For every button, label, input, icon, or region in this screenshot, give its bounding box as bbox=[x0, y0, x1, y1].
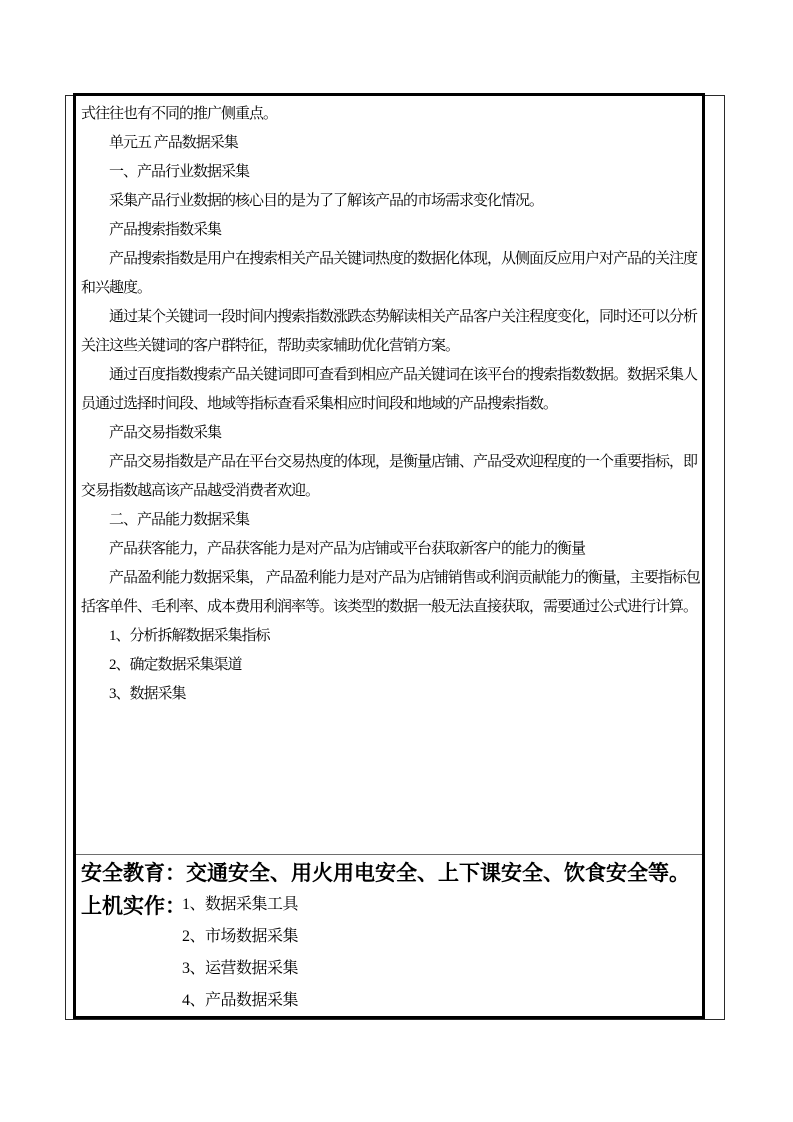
content-line: 一、产品行业数据采集 bbox=[81, 158, 702, 187]
practice-item: 2、市场数据采集 bbox=[182, 921, 298, 953]
content-line: 二、产品能力数据采集 bbox=[81, 506, 702, 535]
table-right-side-column bbox=[705, 95, 725, 1020]
content-line: 3、数据采集 bbox=[81, 680, 702, 709]
content-line: 通过某个关键词一段时间内搜索指数涨跌态势解读相关产品客户关注程度变化，同时还可以… bbox=[81, 303, 702, 332]
content-line: 交易指数越高该产品越受消费者欢迎。 bbox=[81, 477, 702, 506]
content-line: 式往往也有不同的推广侧重点。 bbox=[81, 100, 702, 129]
content-line: 括客单件、毛利率、成本费用利润率等。该类型的数据一般无法直接获取，需要通过公式进… bbox=[81, 593, 702, 622]
content-line: 通过百度指数搜索产品关键词即可查看到相应产品关键词在该平台的搜索指数数据。数据采… bbox=[81, 361, 702, 390]
content-line: 员通过选择时间段、地域等指标查看采集相应时间段和地域的产品搜索指数。 bbox=[81, 390, 702, 419]
content-line: 和兴趣度。 bbox=[81, 274, 702, 303]
practice-item: 4、产品数据采集 bbox=[182, 985, 298, 1017]
content-line: 单元五 产品数据采集 bbox=[81, 129, 702, 158]
table-left-gutter bbox=[66, 95, 73, 1020]
footer-row: 安全教育：交通安全、用火用电安全、上下课安全、饮食安全等。 上机实作： 1、数据… bbox=[76, 854, 702, 1018]
content-line: 关注这些关键词的客户群特征，帮助卖家辅助优化营销方案。 bbox=[81, 332, 702, 361]
content-line: 采集产品行业数据的核心目的是为了了解该产品的市场需求变化情况。 bbox=[81, 187, 702, 216]
lesson-content-cell: 式往往也有不同的推广侧重点。 单元五 产品数据采集 一、产品行业数据采集 采集产… bbox=[73, 93, 705, 1019]
document-page: 式往往也有不同的推广侧重点。 单元五 产品数据采集 一、产品行业数据采集 采集产… bbox=[0, 0, 793, 1122]
safety-education-text: 安全教育：交通安全、用火用电安全、上下课安全、饮食安全等。 bbox=[76, 858, 702, 889]
content-line: 产品获客能力，产品获客能力是对产品为店铺或平台获取新客户的能力的衡量 bbox=[81, 535, 702, 564]
content-line: 产品交易指数是产品在平台交易热度的体现，是衡量店铺、产品受欢迎程度的一个重要指标… bbox=[81, 448, 702, 477]
lesson-body: 式往往也有不同的推广侧重点。 单元五 产品数据采集 一、产品行业数据采集 采集产… bbox=[76, 96, 702, 854]
content-line: 2、确定数据采集渠道 bbox=[81, 651, 702, 680]
practice-item: 3、运营数据采集 bbox=[182, 953, 298, 985]
content-line: 产品搜索指数是用户在搜索相关产品关键词热度的数据化体现，从侧面反应用户对产品的关… bbox=[81, 245, 702, 274]
practice-item: 1、数据采集工具 bbox=[182, 889, 298, 921]
content-line: 1、分析拆解数据采集指标 bbox=[81, 622, 702, 651]
content-line: 产品搜索指数采集 bbox=[81, 216, 702, 245]
practice-item-list: 1、数据采集工具 2、市场数据采集 3、运营数据采集 4、产品数据采集 bbox=[182, 889, 298, 1017]
content-line: 产品交易指数采集 bbox=[81, 419, 702, 448]
practice-label: 上机实作： bbox=[81, 891, 186, 921]
content-line: 产品盈利能力数据采集， 产品盈利能力是对产品为店铺销售或利润贡献能力的衡量，主要… bbox=[81, 564, 702, 593]
